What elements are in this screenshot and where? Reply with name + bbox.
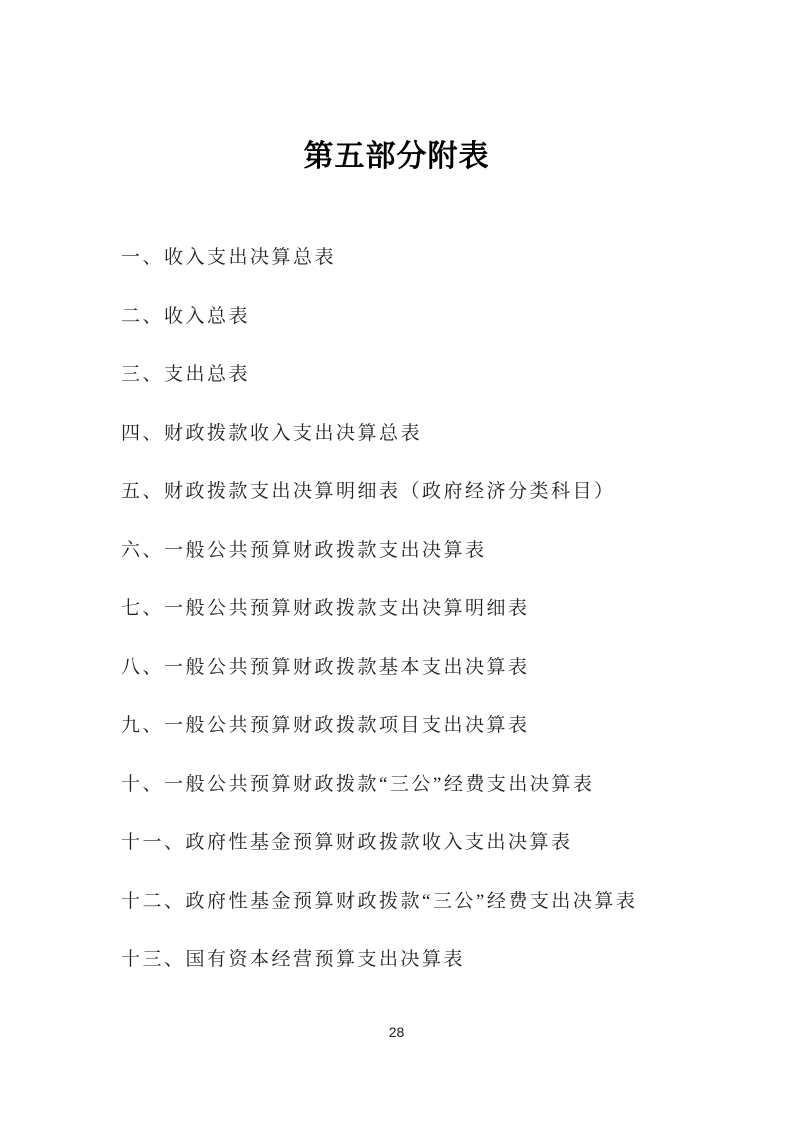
list-item: 九、一般公共预算财政拨款项目支出决算表	[121, 697, 733, 756]
appendix-table-list: 一、收入支出决算总表 二、收入总表 三、支出总表 四、财政拨款收入支出决算总表 …	[121, 229, 733, 990]
list-item: 十三、国有资本经营预算支出决算表	[121, 931, 733, 990]
list-item: 六、一般公共预算财政拨款支出决算表	[121, 522, 733, 581]
list-item: 一、收入支出决算总表	[121, 229, 733, 288]
list-item: 五、财政拨款支出决算明细表（政府经济分类科目）	[121, 463, 733, 522]
list-item: 十二、政府性基金预算财政拨款“三公”经费支出决算表	[121, 873, 733, 932]
list-item: 十一、政府性基金预算财政拨款收入支出决算表	[121, 814, 733, 873]
list-item: 二、收入总表	[121, 288, 733, 347]
list-item: 八、一般公共预算财政拨款基本支出决算表	[121, 639, 733, 698]
list-item: 四、财政拨款收入支出决算总表	[121, 405, 733, 464]
list-item: 三、支出总表	[121, 346, 733, 405]
page-title: 第五部分附表	[0, 140, 793, 174]
page-number: 28	[0, 1024, 793, 1040]
list-item: 七、一般公共预算财政拨款支出决算明细表	[121, 580, 733, 639]
list-item: 十、一般公共预算财政拨款“三公”经费支出决算表	[121, 756, 733, 815]
